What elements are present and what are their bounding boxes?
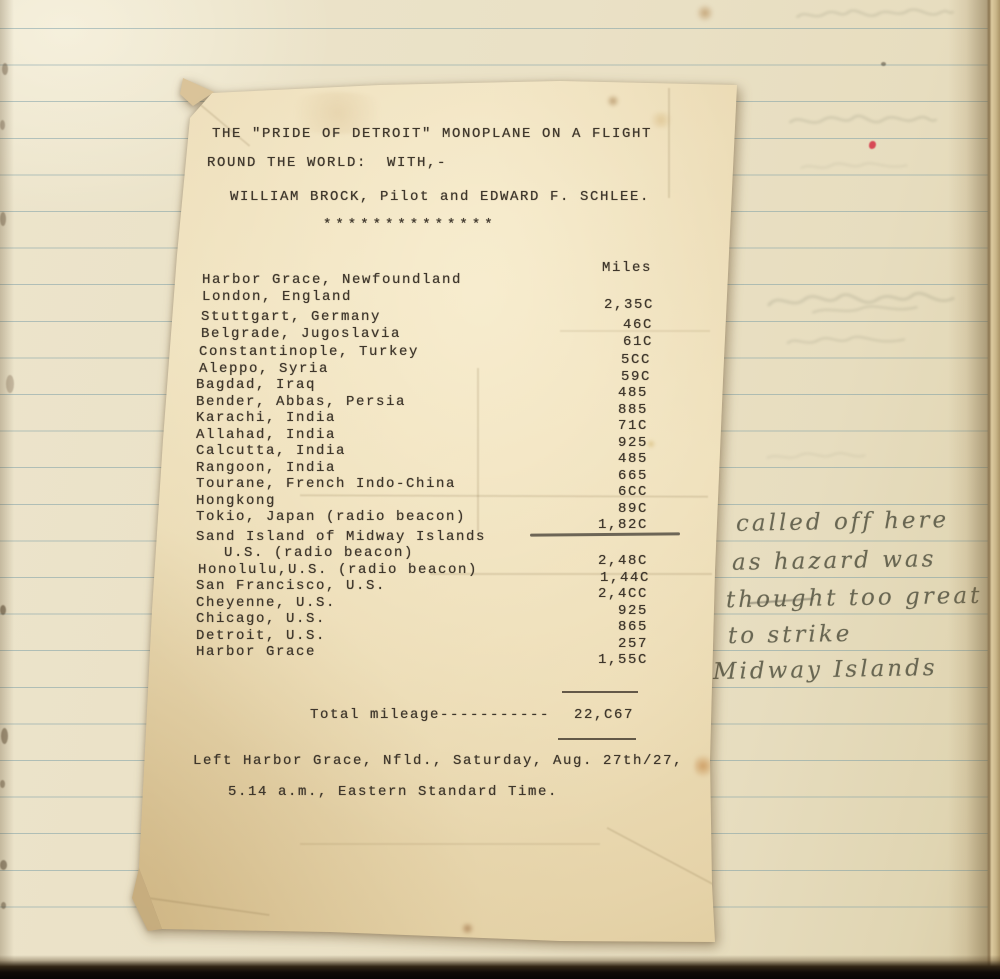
destination-label: Sand Island of Midway Islands: [196, 529, 486, 546]
mileage-row: Aleppo, Syria59C: [199, 361, 651, 378]
mileage-value: 925: [618, 603, 648, 620]
total-rule-bottom: [558, 738, 636, 740]
stain: [694, 752, 712, 780]
destination-label: Aleppo, Syria: [199, 361, 329, 378]
departure-note-line2: 5.14 a.m., Eastern Standard Time.: [228, 784, 558, 800]
mileage-row: Harbor Grace, Newfoundland: [202, 272, 654, 289]
mileage-row: Constantinople, Turkey5CC: [199, 344, 651, 361]
crease: [300, 843, 600, 845]
destination-label: Detroit, U.S.: [196, 628, 326, 645]
destination-label: U.S. (radio beacon): [196, 545, 414, 562]
destination-label: Belgrade, Jugoslavia: [201, 326, 401, 343]
total-mileage-line: Total mileage----------- 22,C67: [310, 707, 634, 723]
destination-label: Karachi, India: [196, 410, 336, 427]
destination-label: Stuttgart, Germany: [201, 309, 381, 326]
destination-label: Cheyenne, U.S.: [196, 595, 336, 612]
document-title-line2: ROUND THE WORLD: WITH,-: [207, 155, 447, 171]
mileage-row: Hongkong89C: [196, 493, 648, 510]
document-title-line3: WILLIAM BROCK, Pilot and EDWARD F. SCHLE…: [230, 189, 650, 205]
separator-asterisks: **************: [323, 217, 497, 233]
mileage-row: Detroit, U.S.257: [196, 628, 648, 645]
mileage-value: 885: [618, 402, 648, 419]
mileage-row: Bagdad, Iraq485: [196, 377, 648, 394]
mileage-row: Belgrade, Jugoslavia61C: [201, 326, 653, 343]
crease: [607, 827, 714, 885]
mileage-row: Bender, Abbas, Persia885: [196, 394, 648, 411]
mileage-value: 485: [618, 385, 648, 402]
destination-label: Honolulu,U.S. (radio beacon): [198, 562, 478, 579]
destination-label: Constantinople, Turkey: [199, 344, 419, 361]
mileage-row: Sand Island of Midway Islands: [196, 529, 648, 546]
stain: [606, 95, 620, 107]
scrapbook-page-photo: called off here as hazard was thought to…: [0, 0, 1000, 979]
mileage-row: Harbor Grace1,55C: [196, 644, 648, 661]
mileage-row: Calcutta, India485: [196, 443, 648, 460]
mileage-value: 485: [618, 451, 648, 468]
mileage-value: 257: [618, 636, 648, 653]
mileage-rows: Harbor Grace, NewfoundlandLondon, Englan…: [196, 272, 648, 661]
destination-label: Tourane, French Indo-China: [196, 476, 456, 493]
mileage-value: 89C: [618, 501, 648, 518]
total-label: Total mileage-----------: [310, 707, 550, 723]
mileage-value: 2,4CC: [598, 586, 648, 603]
destination-label: Bender, Abbas, Persia: [196, 394, 406, 411]
destination-label: Chicago, U.S.: [196, 611, 326, 628]
mileage-row: Allahad, India925: [196, 427, 648, 444]
destination-label: Harbor Grace: [196, 644, 316, 661]
mileage-value: 665: [618, 468, 648, 485]
mileage-row: Honolulu,U.S. (radio beacon)1,44C: [198, 562, 650, 579]
destination-label: Tokio, Japan (radio beacon): [196, 509, 466, 526]
mileage-value: 59C: [621, 369, 651, 386]
mileage-row: London, England2,35C: [202, 289, 654, 306]
mileage-row: Rangoon, India665: [196, 460, 648, 477]
mileage-row: San Francisco, U.S.2,4CC: [196, 578, 648, 595]
mileage-value: 1,82C: [598, 517, 648, 534]
mileage-row: Chicago, U.S.865: [196, 611, 648, 628]
book-bottom-edge: [0, 955, 1000, 979]
mileage-value: 1,55C: [598, 652, 648, 669]
destination-label: Calcutta, India: [196, 443, 346, 460]
typewritten-note-paper: THE "PRIDE OF DETROIT" MONOPLANE ON A FL…: [0, 0, 1000, 979]
document-title-line1: THE "PRIDE OF DETROIT" MONOPLANE ON A FL…: [212, 126, 652, 142]
destination-label: Bagdad, Iraq: [196, 377, 316, 394]
crease: [140, 896, 269, 916]
mileage-row: Tokio, Japan (radio beacon)1,82C: [196, 509, 648, 526]
page-right-edge: [948, 0, 1000, 979]
destination-label: Allahad, India: [196, 427, 336, 444]
mileage-value: 865: [618, 619, 648, 636]
mileage-value: 1,44C: [600, 570, 650, 587]
destination-label: Harbor Grace, Newfoundland: [202, 272, 462, 289]
destination-label: London, England: [202, 289, 352, 306]
destination-label: San Francisco, U.S.: [196, 578, 386, 595]
crease: [668, 88, 670, 198]
mileage-value: 71C: [618, 418, 648, 435]
page-left-edge: [0, 0, 14, 979]
total-rule-top: [562, 691, 638, 693]
mileage-value: 925: [618, 435, 648, 452]
mileage-row: U.S. (radio beacon)2,48C: [196, 545, 648, 562]
destination-label: Hongkong: [196, 493, 276, 510]
mileage-row: Stuttgart, Germany46C: [201, 309, 653, 326]
mileage-row: Cheyenne, U.S.925: [196, 595, 648, 612]
total-value: 22,C67: [574, 707, 634, 723]
mileage-row: Tourane, French Indo-China6CC: [196, 476, 648, 493]
mileage-value: 6CC: [618, 484, 648, 501]
stain: [460, 923, 475, 934]
departure-note-line1: Left Harbor Grace, Nfld., Saturday, Aug.…: [193, 753, 683, 769]
mileage-row: Karachi, India71C: [196, 410, 648, 427]
destination-label: Rangoon, India: [196, 460, 336, 477]
